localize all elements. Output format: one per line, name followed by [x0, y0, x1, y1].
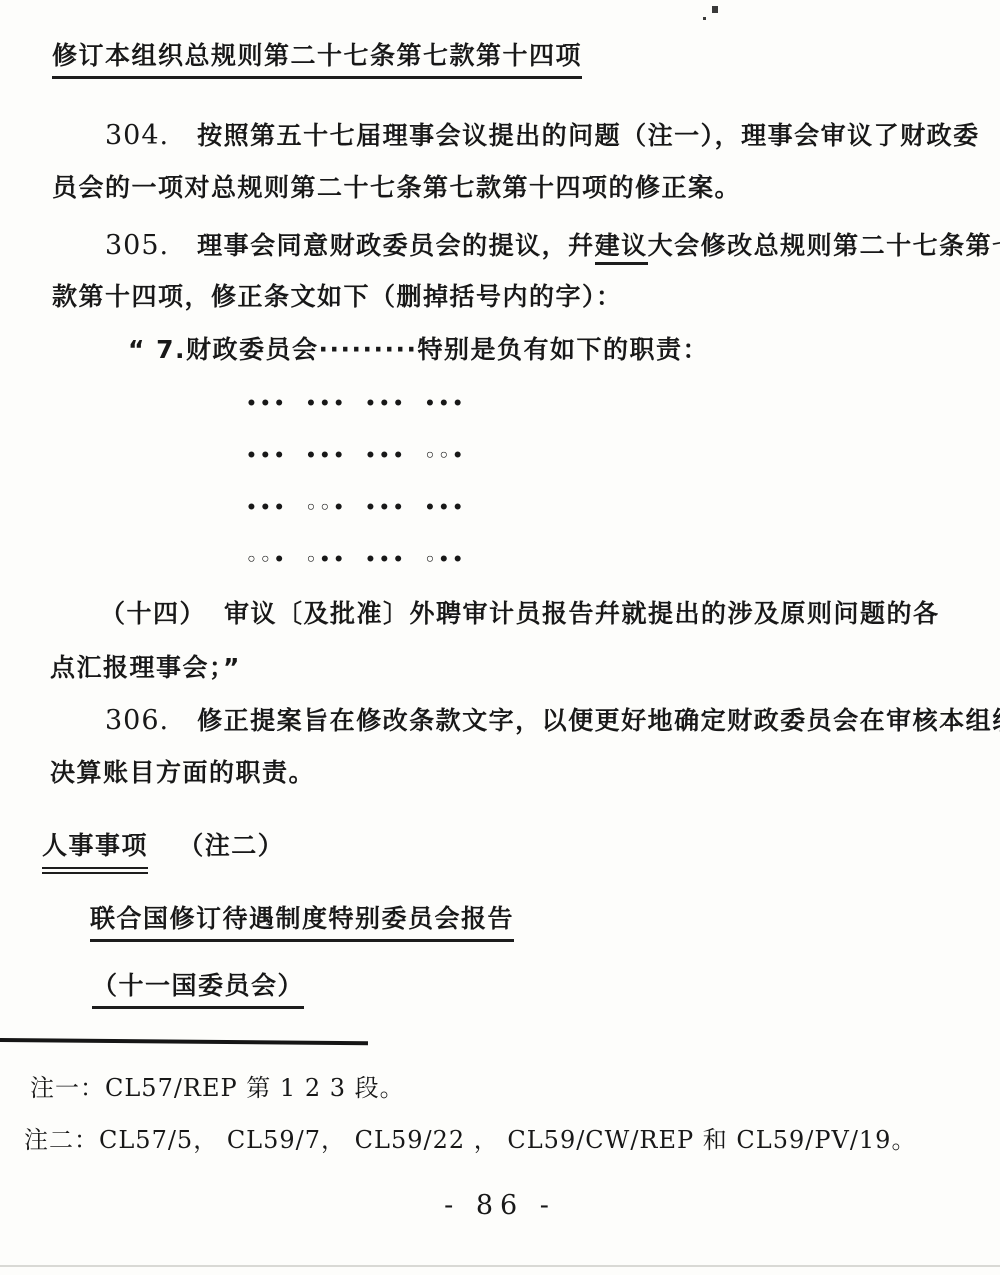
paragraph-305-underlined-text: 建议 [595, 231, 648, 265]
paragraph-306-number: 306. [105, 703, 169, 738]
scan-speck [703, 17, 706, 20]
paragraph-305-text-2: 款第十四项，修正条文如下（删掉括号内的字）： [52, 282, 623, 311]
paragraph-306-line-2: 决算账目方面的职责。 [50, 757, 315, 790]
item-14-label: （十四） [100, 598, 206, 631]
paragraph-306-line-1: 306.修正提案旨在修改条款文字，以便更好地确定财政委员会在审核本组织 [105, 703, 1000, 738]
footnote-separator [0, 1038, 368, 1045]
paragraph-305-line-1: 305.理事会同意财政委员会的提议，幷建议大会修改总规则第二十七条第七 [105, 228, 1000, 263]
paragraph-305-text-before: 理事会同意财政委员会的提议，幷 [197, 231, 595, 260]
report-heading-text: 联合国修订待遇制度特别委员会报告 [90, 904, 514, 942]
footnote-1: 注一：CL57/REP 第 1 2 3 段。 [30, 1068, 405, 1103]
paragraph-305-number: 305. [105, 228, 169, 263]
page-number: - 86 - [0, 1190, 1000, 1221]
ellipsis-line: ••• ••• ••• ••• [246, 396, 466, 413]
section-title: 修订本组织总规则第二十七条第七款第十四项 [52, 40, 582, 73]
item-14-line-1: （十四）审议〔及批准〕外聘审计员报告幷就提出的涉及原则问题的各 [100, 598, 940, 631]
personnel-heading-note: （注二） [178, 831, 284, 860]
personnel-heading-title: 人事事项 [42, 831, 148, 874]
committee-heading-text: （十一国委员会） [92, 971, 304, 1009]
item-14-text-2: 点汇报理事会；” [50, 653, 241, 682]
paragraph-304-line-2: 员会的一项对总规则第二十七条第七款第十四项的修正案。 [52, 172, 741, 205]
ellipsis-line: ◦◦• ◦•• ••• ◦•• [246, 552, 466, 569]
scan-edge [0, 1265, 1000, 1267]
paragraph-304-number: 304. [105, 118, 169, 153]
item-14-text-1: 审议〔及批准〕外聘审计员报告幷就提出的涉及原则问题的各 [224, 599, 940, 628]
paragraph-305-line-2: 款第十四项，修正条文如下（删掉括号内的字）： [52, 281, 623, 314]
paragraph-304-text-2: 员会的一项对总规则第二十七条第七款第十四项的修正案。 [52, 173, 741, 202]
scan-speck [712, 6, 718, 13]
paragraph-304-line-1: 304.按照第五十七届理事会议提出的问题（注一），理事会审议了财政委 [105, 118, 980, 153]
section-title-text: 修订本组织总规则第二十七条第七款第十四项 [52, 41, 582, 79]
committee-heading: （十一国委员会） [92, 970, 304, 1003]
ellipsis-line: ••• ◦◦• ••• ••• [246, 500, 466, 517]
quote-intro-text: “ 7.财政委员会·········特别是负有如下的职责： [128, 335, 709, 364]
paragraph-305-text-after: 大会修改总规则第二十七条第七 [648, 231, 1000, 260]
footnote-2: 注二：CL57/5， CL59/7， CL59/22 ， CL59/CW/REP… [24, 1120, 916, 1155]
ellipsis-line: ••• ••• ••• ◦◦• [246, 448, 466, 465]
quote-intro-line: “ 7.财政委员会·········特别是负有如下的职责： [128, 334, 709, 367]
item-14-line-2: 点汇报理事会；” [50, 652, 241, 685]
paragraph-306-text-2: 决算账目方面的职责。 [50, 758, 315, 787]
paragraph-306-text-1: 修正提案旨在修改条款文字，以便更好地确定财政委员会在审核本组织 [197, 706, 1000, 735]
document-page: 修订本组织总规则第二十七条第七款第十四项 304.按照第五十七届理事会议提出的问… [0, 0, 1000, 1275]
personnel-heading: 人事事项 （注二） [42, 830, 284, 863]
paragraph-304-text-1: 按照第五十七届理事会议提出的问题（注一），理事会审议了财政委 [197, 121, 980, 150]
report-heading: 联合国修订待遇制度特别委员会报告 [90, 903, 514, 936]
